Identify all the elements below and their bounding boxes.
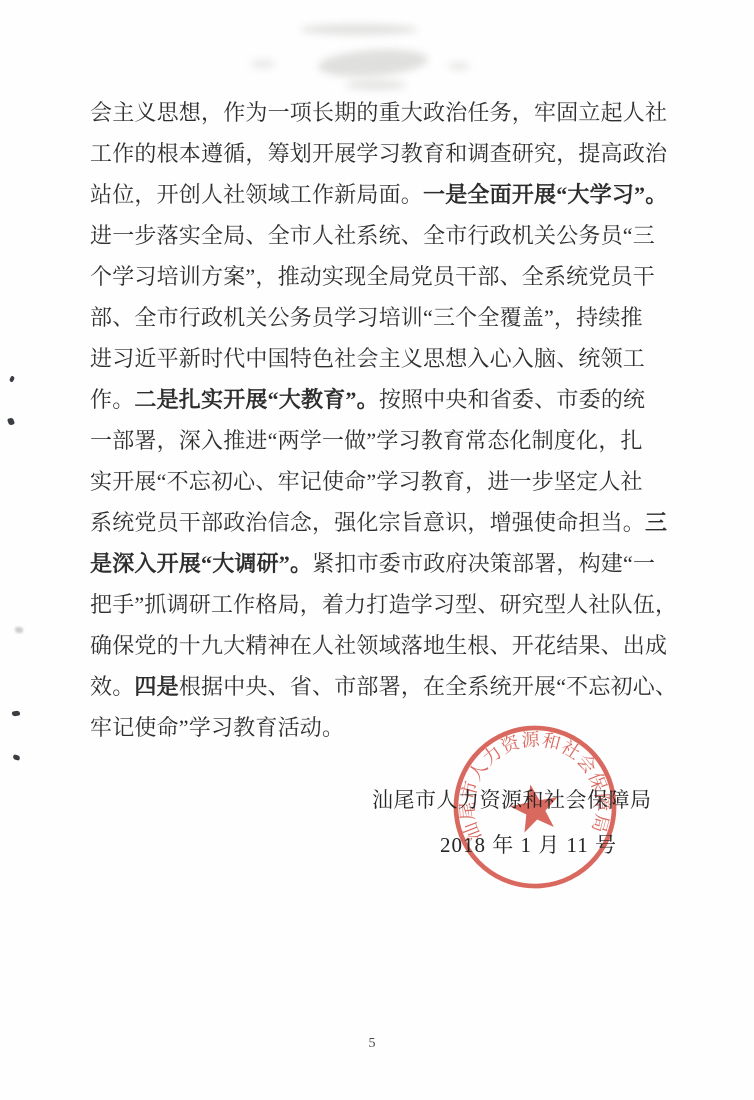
scan-speck	[12, 754, 20, 761]
text-line: 效。四是根据中央、省、市部署，在全系统开展“不忘初心、	[90, 666, 690, 707]
scan-speck	[9, 375, 15, 382]
text-line: 确保党的十九大精神在人社领域落地生根、开花结果、出成	[90, 625, 690, 666]
text-line: 进习近平新时代中国特色社会主义思想入心入脑、统领工	[90, 338, 690, 379]
page-number: 5	[352, 1036, 392, 1052]
text-line: 进一步落实全局、全市人社系统、全市行政机关公务员“三	[90, 215, 690, 256]
scanned-document-page: 会主义思想，作为一项长期的重大政治任务，牢固立起人社工作的根本遵循，筹划开展学习…	[0, 0, 754, 1100]
text-line: 个学习培训方案”，推动实现全局党员干部、全系统党员干	[90, 256, 690, 297]
scan-speck	[7, 417, 15, 426]
signature-org-name: 汕尾市人力资源和社会保障局	[372, 784, 652, 814]
text-line: 工作的根本遵循，筹划开展学习教育和调查研究，提高政治	[90, 133, 690, 174]
scan-smudge	[345, 80, 407, 90]
scan-speck	[15, 627, 23, 633]
text-line: 是深入开展“大调研”。紧扣市委市政府决策部署，构建“一	[90, 543, 690, 584]
document-body: 会主义思想，作为一项长期的重大政治任务，牢固立起人社工作的根本遵循，筹划开展学习…	[90, 92, 690, 748]
text-line: 站位，开创人社领域工作新局面。一是全面开展“大学习”。	[90, 174, 690, 215]
text-line: 部、全市行政机关公务员学习培训“三个全覆盖”，持续推	[90, 297, 690, 338]
scan-smudge	[300, 24, 418, 35]
scan-smudge	[448, 62, 470, 70]
text-line: 把手”抓调研工作格局，着力打造学习型、研究型人社队伍，	[90, 584, 690, 625]
scan-smudge	[250, 60, 276, 68]
document-date: 2018 年 1 月 11 号	[440, 829, 617, 859]
scan-smudge	[317, 46, 429, 80]
text-line: 作。二是扎实开展“大教育”。按照中央和省委、市委的统	[90, 379, 690, 420]
text-line: 系统党员干部政治信念，强化宗旨意识，增强使命担当。三	[90, 502, 690, 543]
text-line: 会主义思想，作为一项长期的重大政治任务，牢固立起人社	[90, 92, 690, 133]
text-line: 实开展“不忘初心、牢记使命”学习教育，进一步坚定人社	[90, 461, 690, 502]
text-line: 一部署，深入推进“两学一做”学习教育常态化制度化，扎	[90, 420, 690, 461]
scan-speck	[12, 710, 21, 716]
